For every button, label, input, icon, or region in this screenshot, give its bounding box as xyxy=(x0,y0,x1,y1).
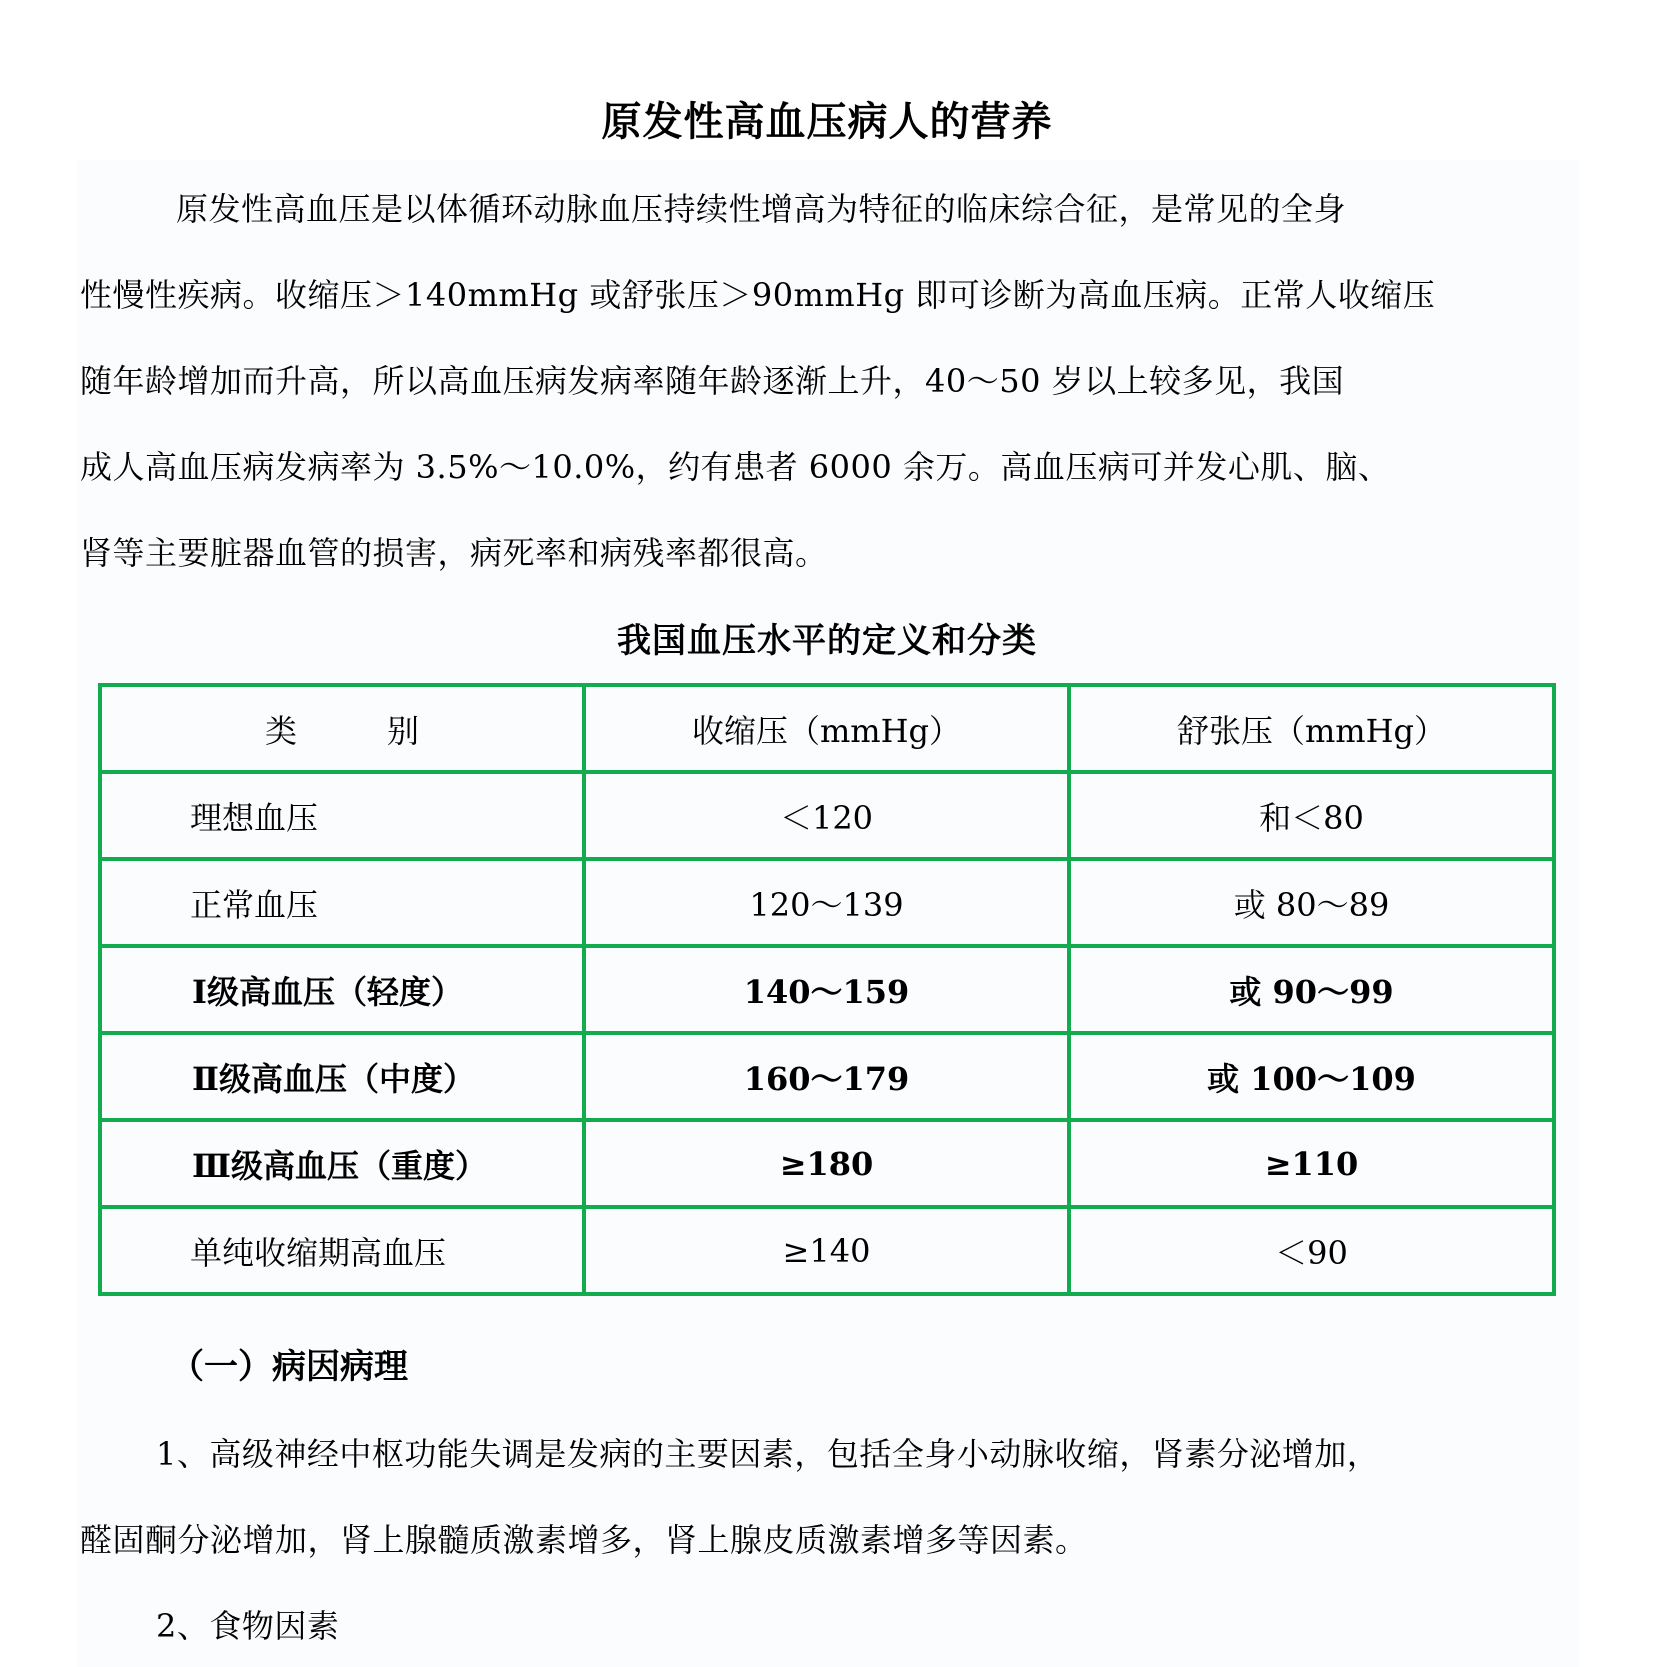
row-diastolic: 或 90～99 xyxy=(1069,946,1554,1033)
intro-paragraph: 原发性高血压是以体循环动脉血压持续性增高为特征的临床综合征，是常见的全身 性慢性… xyxy=(80,166,1580,596)
row-diastolic: ≥110 xyxy=(1069,1120,1554,1207)
blood-pressure-classification-table: 类别 收缩压（mmHg） 舒张压（mmHg） 理想血压 ＜120 和＜80 正常… xyxy=(98,683,1556,1296)
header-diastolic: 舒张压（mmHg） xyxy=(1069,685,1554,772)
intro-line-5: 肾等主要脏器血管的损害，病死率和病残率都很高。 xyxy=(80,510,1580,596)
cause-1-line-1: 1、高级神经中枢功能失调是发病的主要因素，包括全身小动脉收缩，肾素分泌增加， xyxy=(80,1411,1580,1497)
row-diastolic: 或 80～89 xyxy=(1069,859,1554,946)
table-caption: 我国血压水平的定义和分类 xyxy=(0,614,1654,668)
row-category: Ⅲ级高血压（重度） xyxy=(100,1120,584,1207)
row-systolic: 140～159 xyxy=(584,946,1069,1033)
row-systolic: 120～139 xyxy=(584,859,1069,946)
intro-line-2: 性慢性疾病。收缩压＞140mmHg 或舒张压＞90mmHg 即可诊断为高血压病。… xyxy=(80,252,1580,338)
table-row: 理想血压 ＜120 和＜80 xyxy=(100,772,1554,859)
header-category-char-2: 别 xyxy=(387,712,419,750)
intro-line-4: 成人高血压病发病率为 3.5%～10.0%，约有患者 6000 余万。高血压病可… xyxy=(80,424,1580,510)
row-diastolic: ＜90 xyxy=(1069,1207,1554,1294)
row-category: Ⅱ级高血压（中度） xyxy=(100,1033,584,1120)
row-systolic: ＜120 xyxy=(584,772,1069,859)
row-diastolic: 和＜80 xyxy=(1069,772,1554,859)
table-row: Ⅱ级高血压（中度） 160～179 或 100～109 xyxy=(100,1033,1554,1120)
row-systolic: 160～179 xyxy=(584,1033,1069,1120)
cause-2-paragraph: 2、食物因素 xyxy=(80,1583,1580,1667)
cause-1-line-2: 醛固酮分泌增加，肾上腺髓质激素增多，肾上腺皮质激素增多等因素。 xyxy=(80,1497,1580,1583)
document-title: 原发性高血压病人的营养 xyxy=(0,92,1654,152)
header-category: 类别 xyxy=(100,685,584,772)
row-diastolic: 或 100～109 xyxy=(1069,1033,1554,1120)
table-row: Ⅲ级高血压（重度） ≥180 ≥110 xyxy=(100,1120,1554,1207)
row-systolic: ≥140 xyxy=(584,1207,1069,1294)
row-category: 理想血压 xyxy=(100,772,584,859)
table-row: 正常血压 120～139 或 80～89 xyxy=(100,859,1554,946)
table-header-row: 类别 收缩压（mmHg） 舒张压（mmHg） xyxy=(100,685,1554,772)
row-category: 正常血压 xyxy=(100,859,584,946)
header-category-char-1: 类 xyxy=(265,712,297,750)
table-row: Ⅰ级高血压（轻度） 140～159 或 90～99 xyxy=(100,946,1554,1033)
cause-1-paragraph: 1、高级神经中枢功能失调是发病的主要因素，包括全身小动脉收缩，肾素分泌增加， 醛… xyxy=(80,1411,1580,1583)
section-heading: （一）病因病理 xyxy=(170,1340,408,1394)
intro-line-1: 原发性高血压是以体循环动脉血压持续性增高为特征的临床综合征，是常见的全身 xyxy=(80,166,1580,252)
row-category: 单纯收缩期高血压 xyxy=(100,1207,584,1294)
table-row: 单纯收缩期高血压 ≥140 ＜90 xyxy=(100,1207,1554,1294)
row-category: Ⅰ级高血压（轻度） xyxy=(100,946,584,1033)
row-systolic: ≥180 xyxy=(584,1120,1069,1207)
intro-line-3: 随年龄增加而升高，所以高血压病发病率随年龄逐渐上升，40～50 岁以上较多见，我… xyxy=(80,338,1580,424)
cause-2-line-1: 2、食物因素 xyxy=(80,1583,1580,1667)
header-systolic: 收缩压（mmHg） xyxy=(584,685,1069,772)
